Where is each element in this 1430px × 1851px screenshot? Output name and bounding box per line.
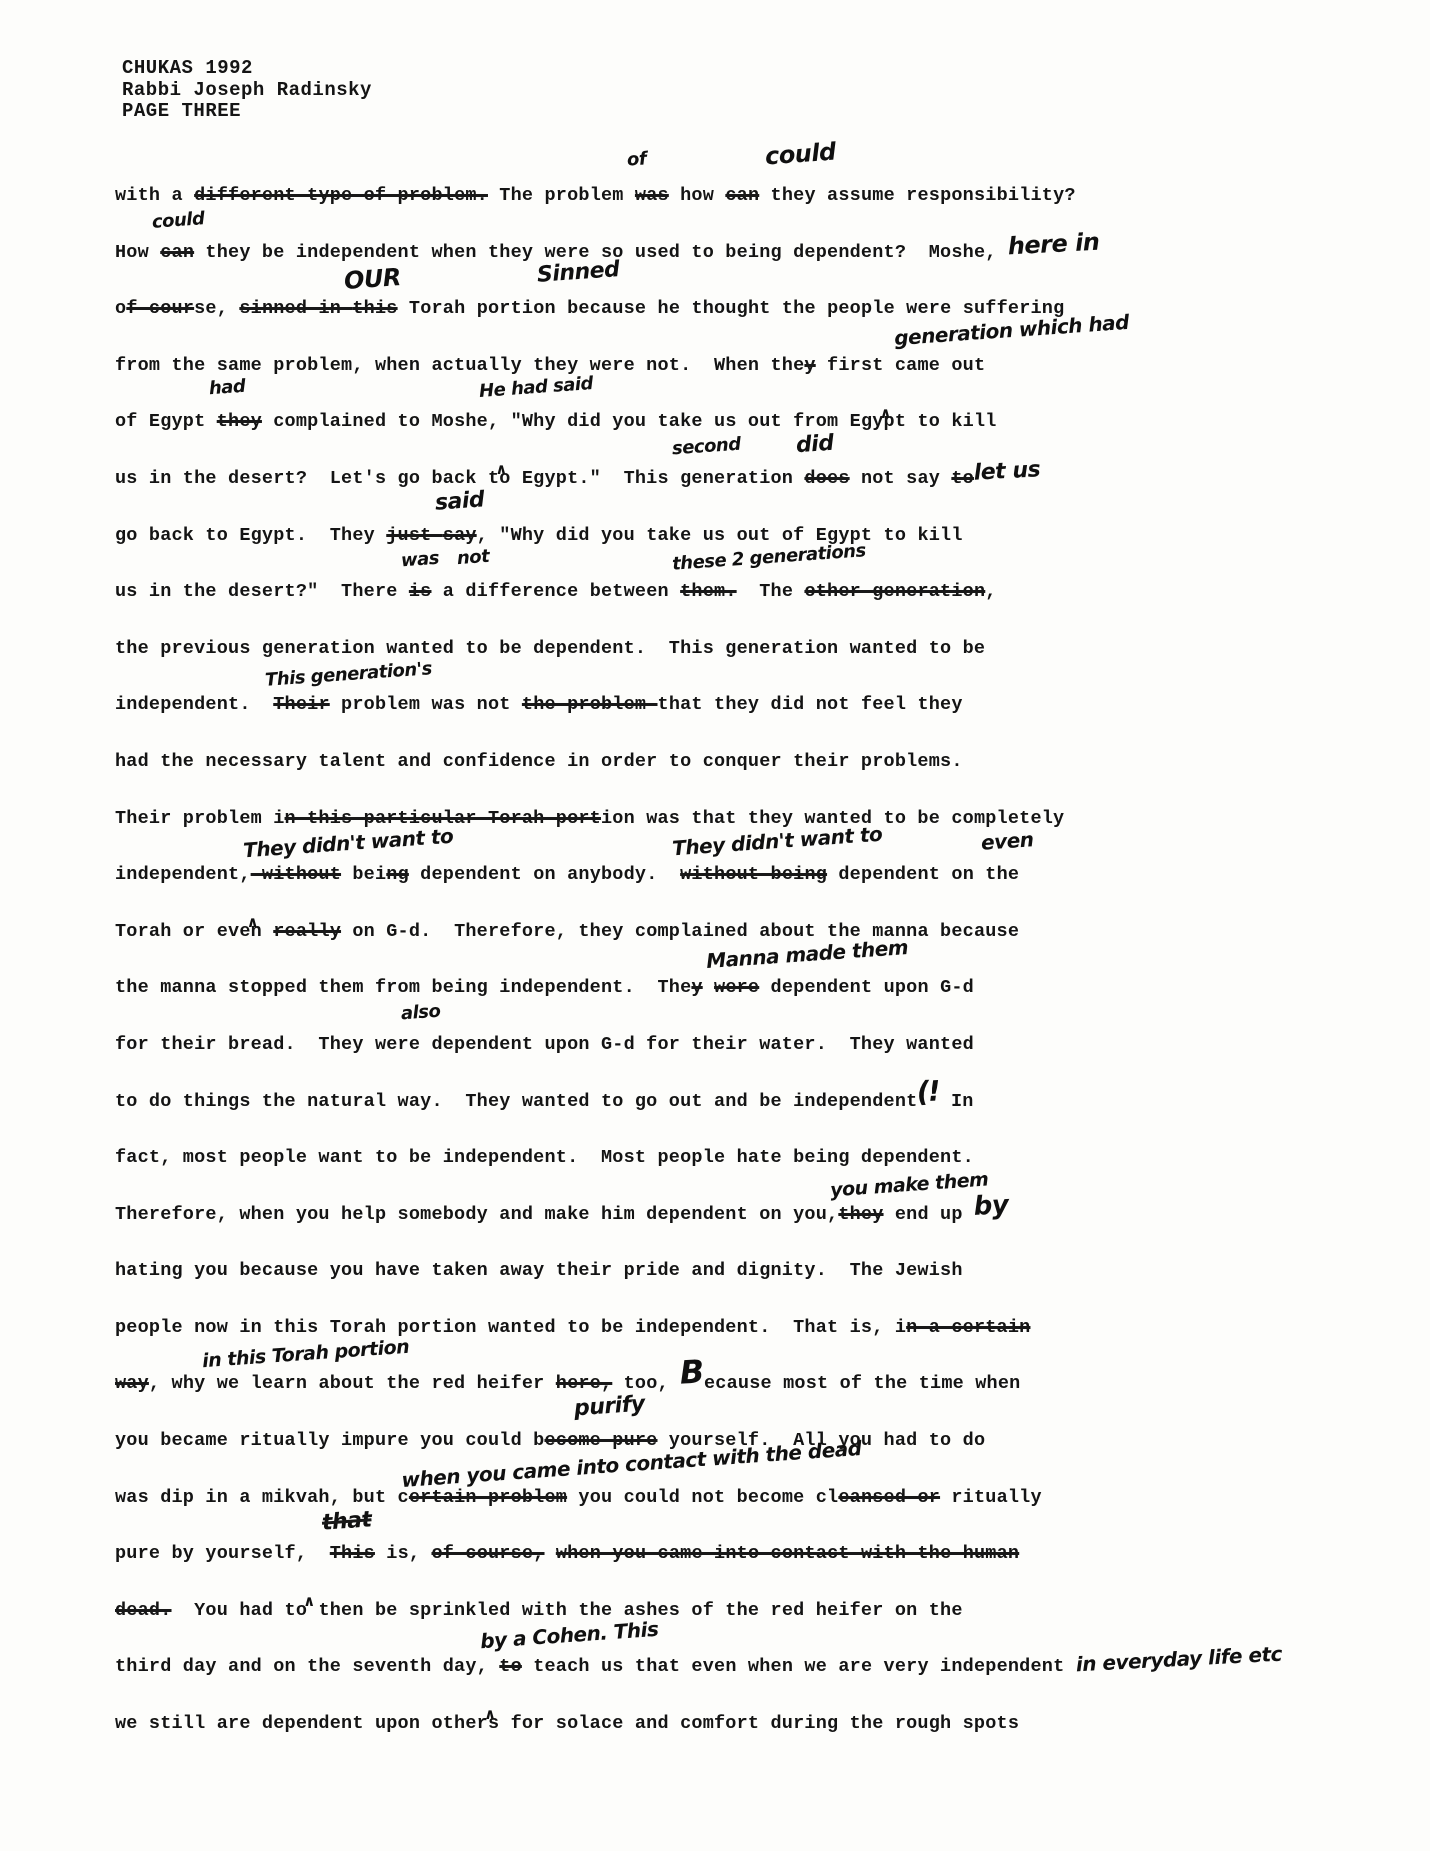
typed-text: not say bbox=[850, 468, 952, 489]
handwritten-note: B bbox=[679, 1353, 705, 1392]
handwritten-annotation: second bbox=[671, 435, 741, 460]
typed-text bbox=[307, 1543, 330, 1564]
text-line: fact, most people want to be independent… bbox=[115, 1130, 1400, 1187]
header-page-number: PAGE THREE bbox=[122, 101, 372, 123]
struck-typed-text: say bbox=[443, 525, 477, 546]
struck-typed-text: this bbox=[352, 298, 397, 319]
struck-typed-text: Their bbox=[273, 694, 330, 715]
typed-text: o bbox=[115, 298, 126, 319]
handwritten-annotation: OUR bbox=[344, 267, 402, 291]
struck-typed-text: they bbox=[217, 411, 262, 432]
struck-typed-text: were bbox=[714, 977, 759, 998]
text-line: independent. This generation'sTheir prob… bbox=[115, 677, 1400, 734]
text-line: to do things the natural way. They wante… bbox=[115, 1074, 1400, 1131]
text-line: us in the desert?" There wasis a notdiff… bbox=[115, 564, 1400, 621]
text-line: we still are dependent upon others for s… bbox=[115, 1696, 1400, 1753]
text-line: of course, sinned in OURthis Torah porti… bbox=[115, 281, 1400, 338]
text-line: was dip in a mikvah, but cwhen you came … bbox=[115, 1470, 1400, 1527]
text-line: with a different type of problem. The pr… bbox=[115, 168, 1400, 225]
text-line: third day and on the seventh day,∧by a C… bbox=[115, 1639, 1400, 1696]
struck-typed-text: ecome pure bbox=[544, 1430, 657, 1451]
typed-text: independent, bbox=[115, 864, 251, 885]
struck-typed-text: can bbox=[160, 242, 194, 263]
typed-text: the manna stopped them from being indepe… bbox=[115, 977, 691, 998]
handwritten-note: let us bbox=[973, 457, 1041, 485]
handwritten-annotation: could bbox=[152, 209, 206, 233]
struck-typed-text: eansed or bbox=[838, 1487, 940, 1508]
handwritten-annotation: did bbox=[796, 434, 835, 457]
typed-text: why we learn about the red heifer bbox=[172, 1373, 556, 1394]
struck-typed-text: them. bbox=[680, 581, 737, 602]
struck-typed-text: different type of problem. bbox=[194, 185, 488, 206]
text-line: us in the desert? Let's go back to Egypt… bbox=[115, 451, 1400, 508]
typed-text: pure by yourself, bbox=[115, 1543, 307, 1564]
typed-text: dependent upon G-d bbox=[759, 977, 974, 998]
typed-text: people now in this Torah portion wanted … bbox=[115, 1317, 906, 1338]
text-line: independent,∧They didn't want to without… bbox=[115, 847, 1400, 904]
typed-text: go back to Egypt. They bbox=[115, 525, 386, 546]
typed-text: Torah portion bbox=[398, 298, 568, 319]
typed-text: that they did not feel they bbox=[658, 694, 963, 715]
struck-typed-text: ng bbox=[386, 864, 409, 885]
typed-text: dependent on anybody. bbox=[409, 864, 680, 885]
struck-typed-text: can bbox=[725, 185, 759, 206]
typed-text: for their bread. They were bbox=[115, 1034, 431, 1055]
typed-text: to do things the natural way. They wante… bbox=[115, 1091, 917, 1112]
text-line: way, in this Torah portionwhy we learn a… bbox=[115, 1356, 1400, 1413]
typed-text: on the bbox=[951, 864, 1019, 885]
typed-text: came out bbox=[884, 355, 986, 376]
struck-typed-text: without bbox=[251, 864, 341, 885]
text-line: from the same problem, when actually the… bbox=[115, 338, 1400, 395]
typed-text: ecause most of the time when bbox=[704, 1373, 1020, 1394]
typed-text: we still are dependent upon others for s… bbox=[115, 1713, 1019, 1734]
typed-text: end up bbox=[884, 1204, 974, 1225]
struck-typed-text: n a certain bbox=[906, 1317, 1030, 1338]
struck-typed-text: This bbox=[330, 1543, 375, 1564]
typed-text: dependent upon G-d for their water. They… bbox=[431, 1034, 974, 1055]
struck-typed-text: sinned in bbox=[239, 298, 352, 319]
header-title: CHUKAS 1992 bbox=[122, 58, 372, 80]
typed-text: how bbox=[669, 185, 726, 206]
typed-text: you became ritually impure you could b bbox=[115, 1430, 544, 1451]
typed-text: third day and on the seventh day, bbox=[115, 1656, 488, 1677]
typed-text: dependent bbox=[827, 864, 951, 885]
text-line: hating you because you have taken away t… bbox=[115, 1243, 1400, 1300]
struck-typed-text: of course, bbox=[431, 1543, 544, 1564]
typed-text: on G-d. Therefore, they complained about… bbox=[341, 921, 1019, 942]
typed-text: , "Why did you take us out of Egypt to k… bbox=[477, 525, 963, 546]
handwritten-note: by bbox=[973, 1190, 1009, 1222]
typed-text: first bbox=[816, 355, 884, 376]
handwritten-annotation: had bbox=[208, 377, 246, 399]
typed-text: you could not become cl bbox=[567, 1487, 838, 1508]
text-line: Therefore, when you help somebody and ma… bbox=[115, 1187, 1400, 1244]
typed-text: a bbox=[431, 581, 465, 602]
typed-text: is, bbox=[375, 1543, 432, 1564]
typed-text: The problem bbox=[488, 185, 635, 206]
typed-text bbox=[545, 1543, 556, 1564]
typed-text: us in the desert?" There bbox=[115, 581, 409, 602]
handwritten-annotation: said bbox=[434, 490, 485, 513]
typed-text: The bbox=[737, 581, 805, 602]
header-author: Rabbi Joseph Radinsky bbox=[122, 80, 372, 102]
typed-text: they assume responsibility? bbox=[759, 185, 1075, 206]
struck-typed-text: the problem bbox=[522, 694, 658, 715]
handwritten-annotation: purify bbox=[574, 1395, 646, 1420]
handwritten-annotation: that bbox=[321, 1511, 372, 1534]
typed-text: hating you because you have taken away t… bbox=[115, 1260, 963, 1281]
struck-typed-text: to bbox=[951, 468, 974, 489]
typed-text: In bbox=[940, 1091, 974, 1112]
typed-text: had the necessary talent and confidence … bbox=[115, 751, 963, 772]
typed-text: fact, most people want to be independent… bbox=[115, 1147, 974, 1168]
typed-text: You had to then be sprinkled with the as… bbox=[172, 1600, 963, 1621]
typed-text: problem was not bbox=[330, 694, 522, 715]
typed-text: generation bbox=[680, 468, 804, 489]
typed-text bbox=[703, 977, 714, 998]
typed-text: from the same problem, when actually the… bbox=[115, 355, 804, 376]
struck-typed-text: to bbox=[499, 1656, 522, 1677]
typed-text bbox=[488, 1656, 499, 1677]
typed-text: because he thought the people were suffe… bbox=[567, 298, 1064, 319]
text-line: How couldcan they be independent when th… bbox=[115, 225, 1400, 282]
typed-text: the previous generation wanted to be dep… bbox=[115, 638, 985, 659]
struck-typed-text: when you came into contact with the huma… bbox=[556, 1543, 1019, 1564]
typed-text: teach us that even when we are very inde… bbox=[522, 1656, 1076, 1677]
struck-typed-text: really bbox=[273, 921, 341, 942]
handwritten-annotation: of bbox=[626, 149, 647, 170]
handwritten-note: in everyday life etc bbox=[1075, 1642, 1282, 1677]
struck-typed-text: without being bbox=[680, 864, 827, 885]
struck-typed-text: they bbox=[838, 1204, 883, 1225]
struck-typed-text: y bbox=[804, 355, 815, 376]
typed-text: Therefore, when you help somebody and ma… bbox=[115, 1204, 838, 1225]
text-line: the manna stopped them from being indepe… bbox=[115, 960, 1400, 1017]
typed-text: ritually bbox=[940, 1487, 1042, 1508]
handwritten-annotation: could bbox=[765, 142, 837, 167]
typed-text: independent. bbox=[115, 694, 273, 715]
handwritten-annotation: was bbox=[400, 549, 439, 572]
typed-text: us in the desert? Let's go back to Egypt… bbox=[115, 468, 680, 489]
handwritten-note: here in bbox=[1007, 227, 1100, 260]
typed-text: difference between bbox=[465, 581, 680, 602]
typed-text: Torah or even bbox=[115, 921, 273, 942]
typed-text: bei bbox=[341, 864, 386, 885]
typed-text: , bbox=[149, 1373, 172, 1394]
struck-typed-text: y bbox=[691, 977, 702, 998]
text-line: pure by yourself,∧ thatThis is, of cours… bbox=[115, 1526, 1400, 1583]
struck-typed-text: f cour bbox=[126, 298, 194, 319]
handwritten-note: (ǃ bbox=[916, 1074, 940, 1108]
handwritten-annotation: also bbox=[401, 1002, 442, 1025]
typed-text: of Egypt bbox=[115, 411, 217, 432]
typed-text: se, bbox=[194, 298, 239, 319]
struck-typed-text: way bbox=[115, 1373, 149, 1394]
typed-text: Their problem i bbox=[115, 808, 285, 829]
typed-text: too, bbox=[612, 1373, 680, 1394]
struck-typed-text: is bbox=[409, 581, 432, 602]
text-line: of Egypt hadthey complained to Moshe,∧He… bbox=[115, 394, 1400, 451]
handwritten-annotation: Sinned bbox=[537, 260, 621, 286]
typed-text: How bbox=[115, 242, 160, 263]
typed-text: "Why did you take us out from Egypt to k… bbox=[499, 411, 996, 432]
typed-text: was dip in a mikvah, but c bbox=[115, 1487, 409, 1508]
typed-text: complained to Moshe, bbox=[262, 411, 499, 432]
typed-text: with a bbox=[115, 185, 194, 206]
typed-text: , bbox=[985, 581, 996, 602]
text-line: dead. You had to then be sprinkled with … bbox=[115, 1583, 1400, 1640]
handwritten-annotation: even bbox=[981, 829, 1035, 853]
text-line: had the necessary talent and confidence … bbox=[115, 734, 1400, 791]
text-line: for their bread. They were alsodependent… bbox=[115, 1017, 1400, 1074]
document-body: with a different type of problem. The pr… bbox=[115, 168, 1400, 1753]
struck-typed-text: does bbox=[804, 468, 849, 489]
document-header: CHUKAS 1992 Rabbi Joseph Radinsky PAGE T… bbox=[122, 58, 372, 123]
struck-typed-text: other generation bbox=[804, 581, 985, 602]
struck-typed-text: was bbox=[635, 185, 669, 206]
handwritten-annotation: not bbox=[457, 547, 491, 569]
struck-typed-text: just bbox=[386, 525, 443, 546]
struck-typed-text: here, bbox=[556, 1373, 613, 1394]
document-page: CHUKAS 1992 Rabbi Joseph Radinsky PAGE T… bbox=[0, 0, 1430, 1851]
struck-typed-text: dead. bbox=[115, 1600, 172, 1621]
